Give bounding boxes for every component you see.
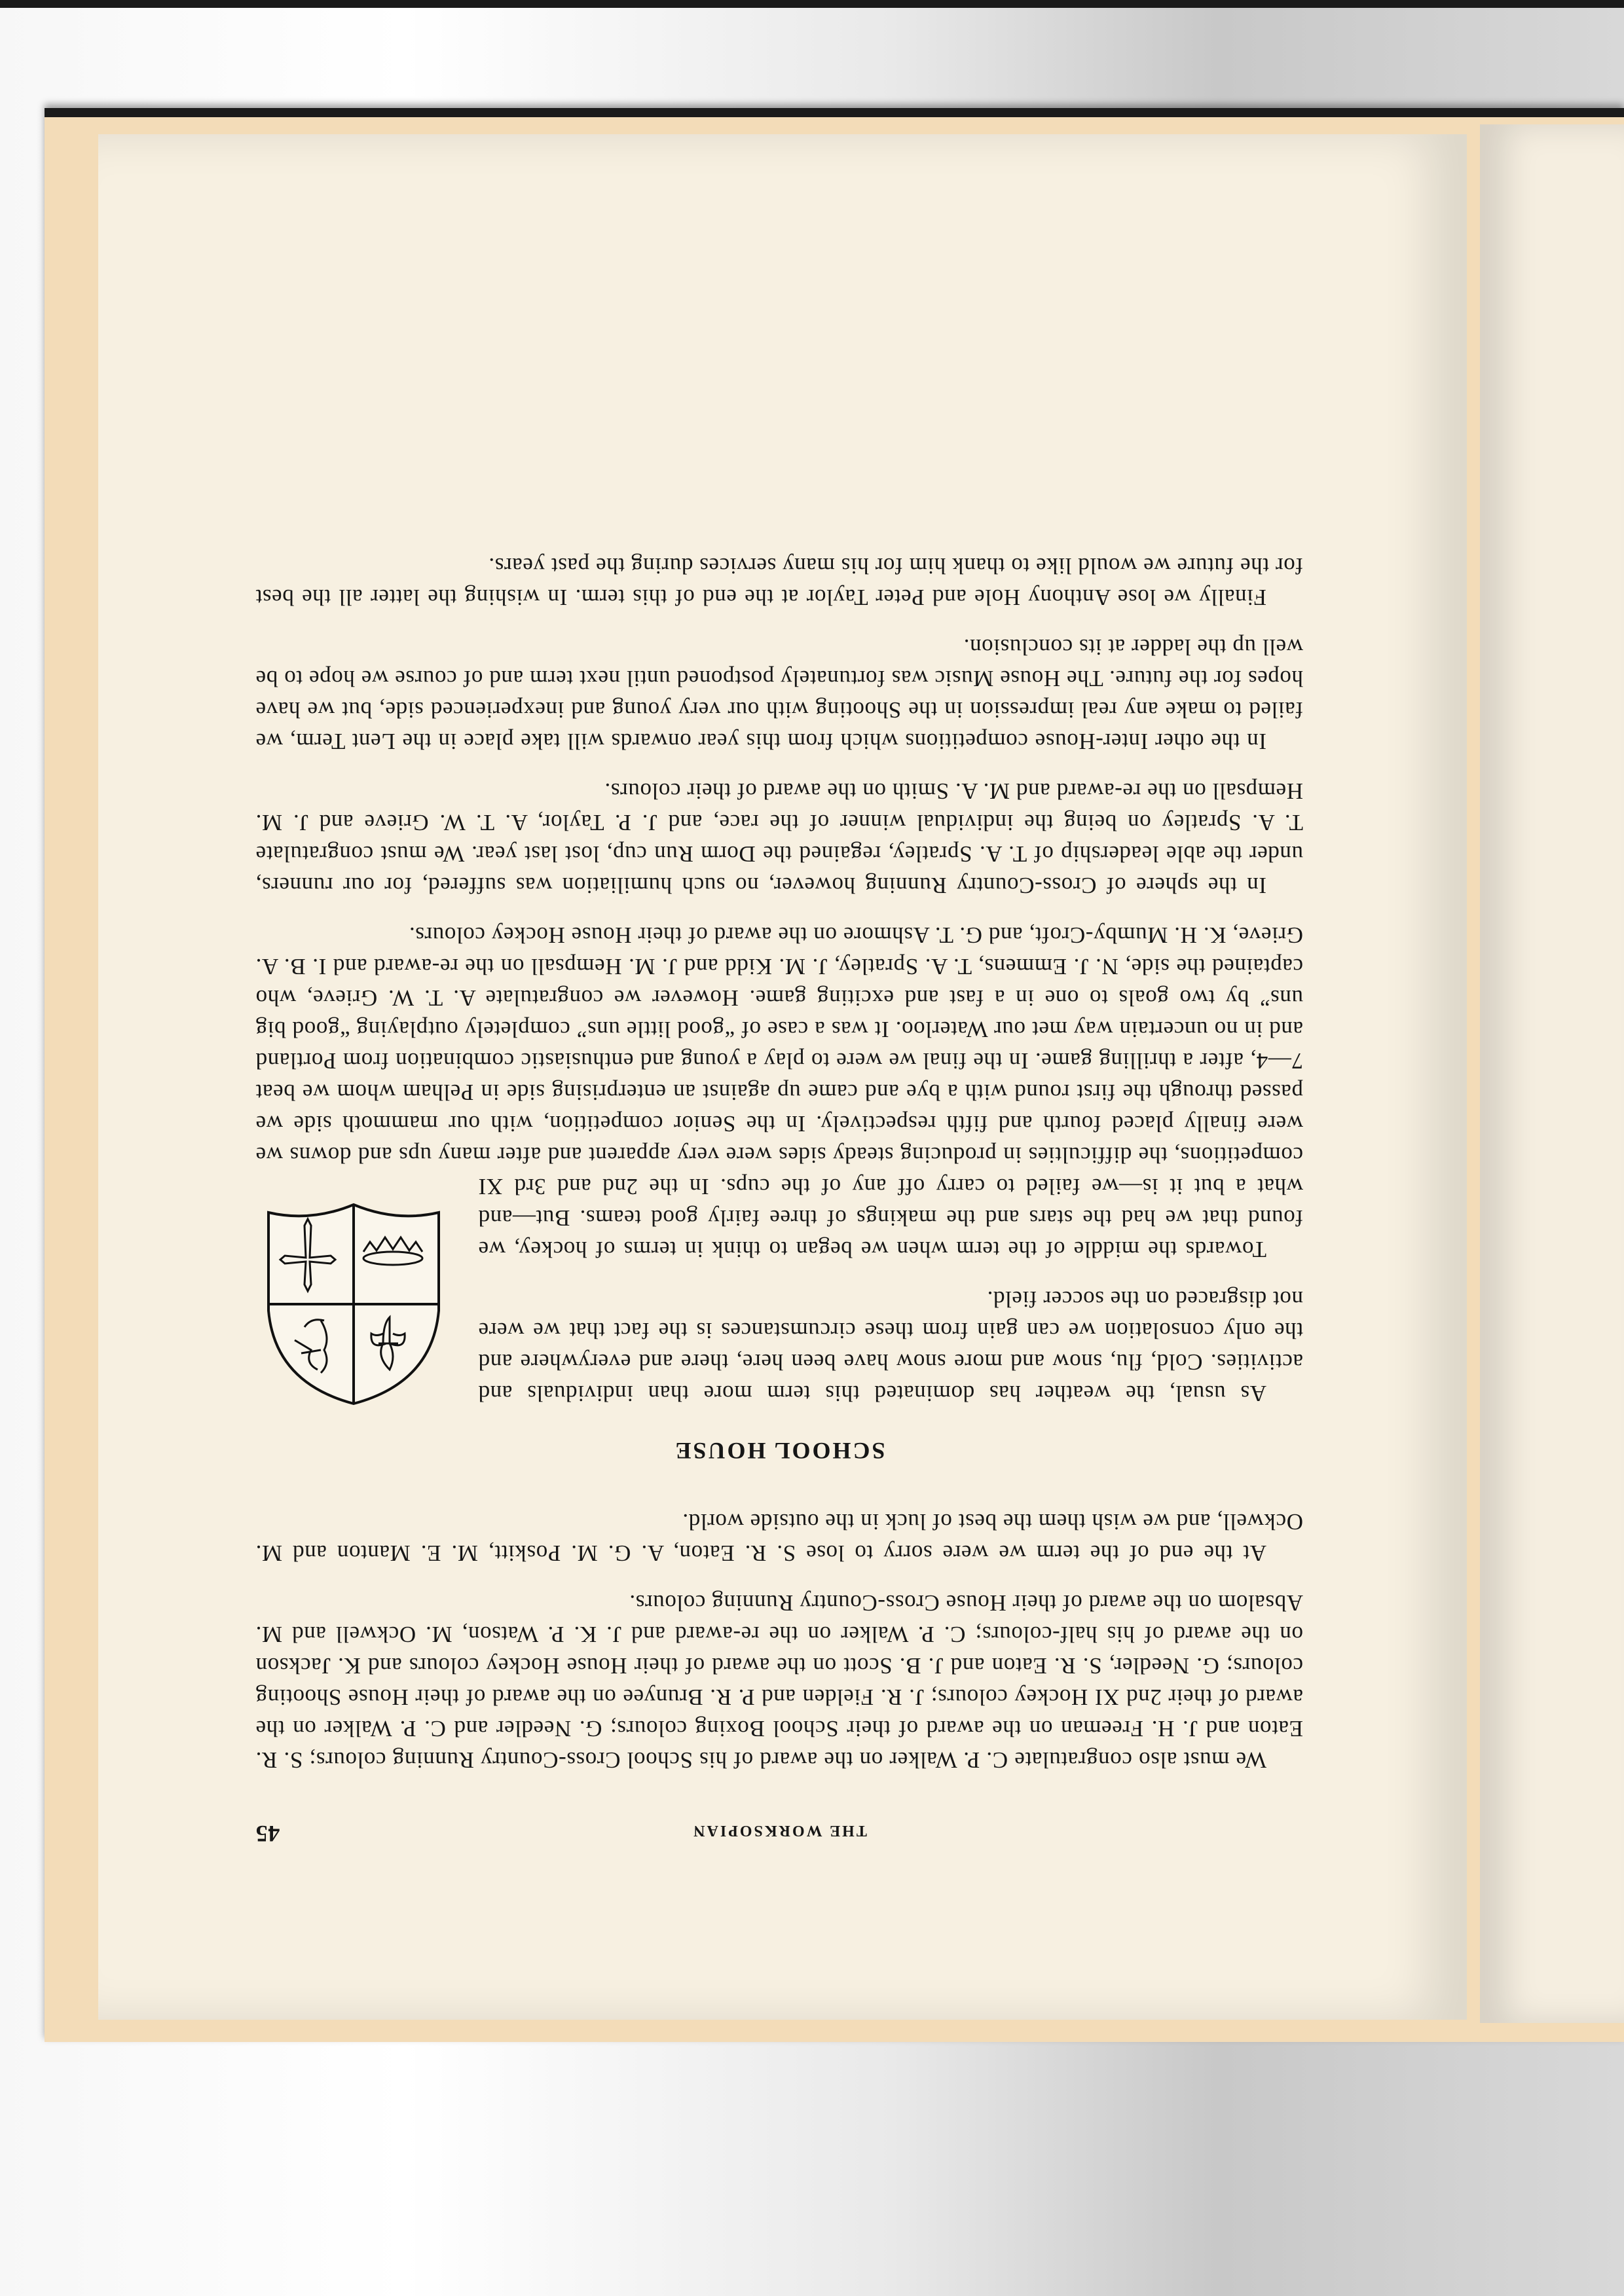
running-title: THE WORKSOPIAN [280,1815,1279,1846]
page-number: 45 [255,1818,280,1850]
running-head: 45 THE WORKSOPIAN 45 [255,1815,1303,1850]
paragraph: Finally we lose Anthony Hole and Peter T… [255,550,1303,613]
paragraph: In the sphere of Cross-Country Running h… [255,775,1303,901]
book-page: 45 THE WORKSOPIAN 45 We must also congra… [98,134,1467,2020]
paragraph: At the end of the term we were sorry to … [255,1506,1303,1569]
section-title: SCHOOL HOUSE [255,1435,1303,1467]
paragraph: In the other Inter-House competitions wh… [255,631,1303,757]
rotated-page-content: 45 THE WORKSOPIAN 45 We must also congra… [98,134,1467,2020]
school-house-crest [255,1193,452,1409]
page-text-block: 45 THE WORKSOPIAN 45 We must also congra… [255,532,1303,1850]
crest-icon [255,1193,452,1409]
paragraph: We must also congratulate C. P. Walker o… [255,1587,1303,1776]
facing-page-edge [1480,124,1624,2023]
scanner-edge-shadow [0,0,1624,8]
